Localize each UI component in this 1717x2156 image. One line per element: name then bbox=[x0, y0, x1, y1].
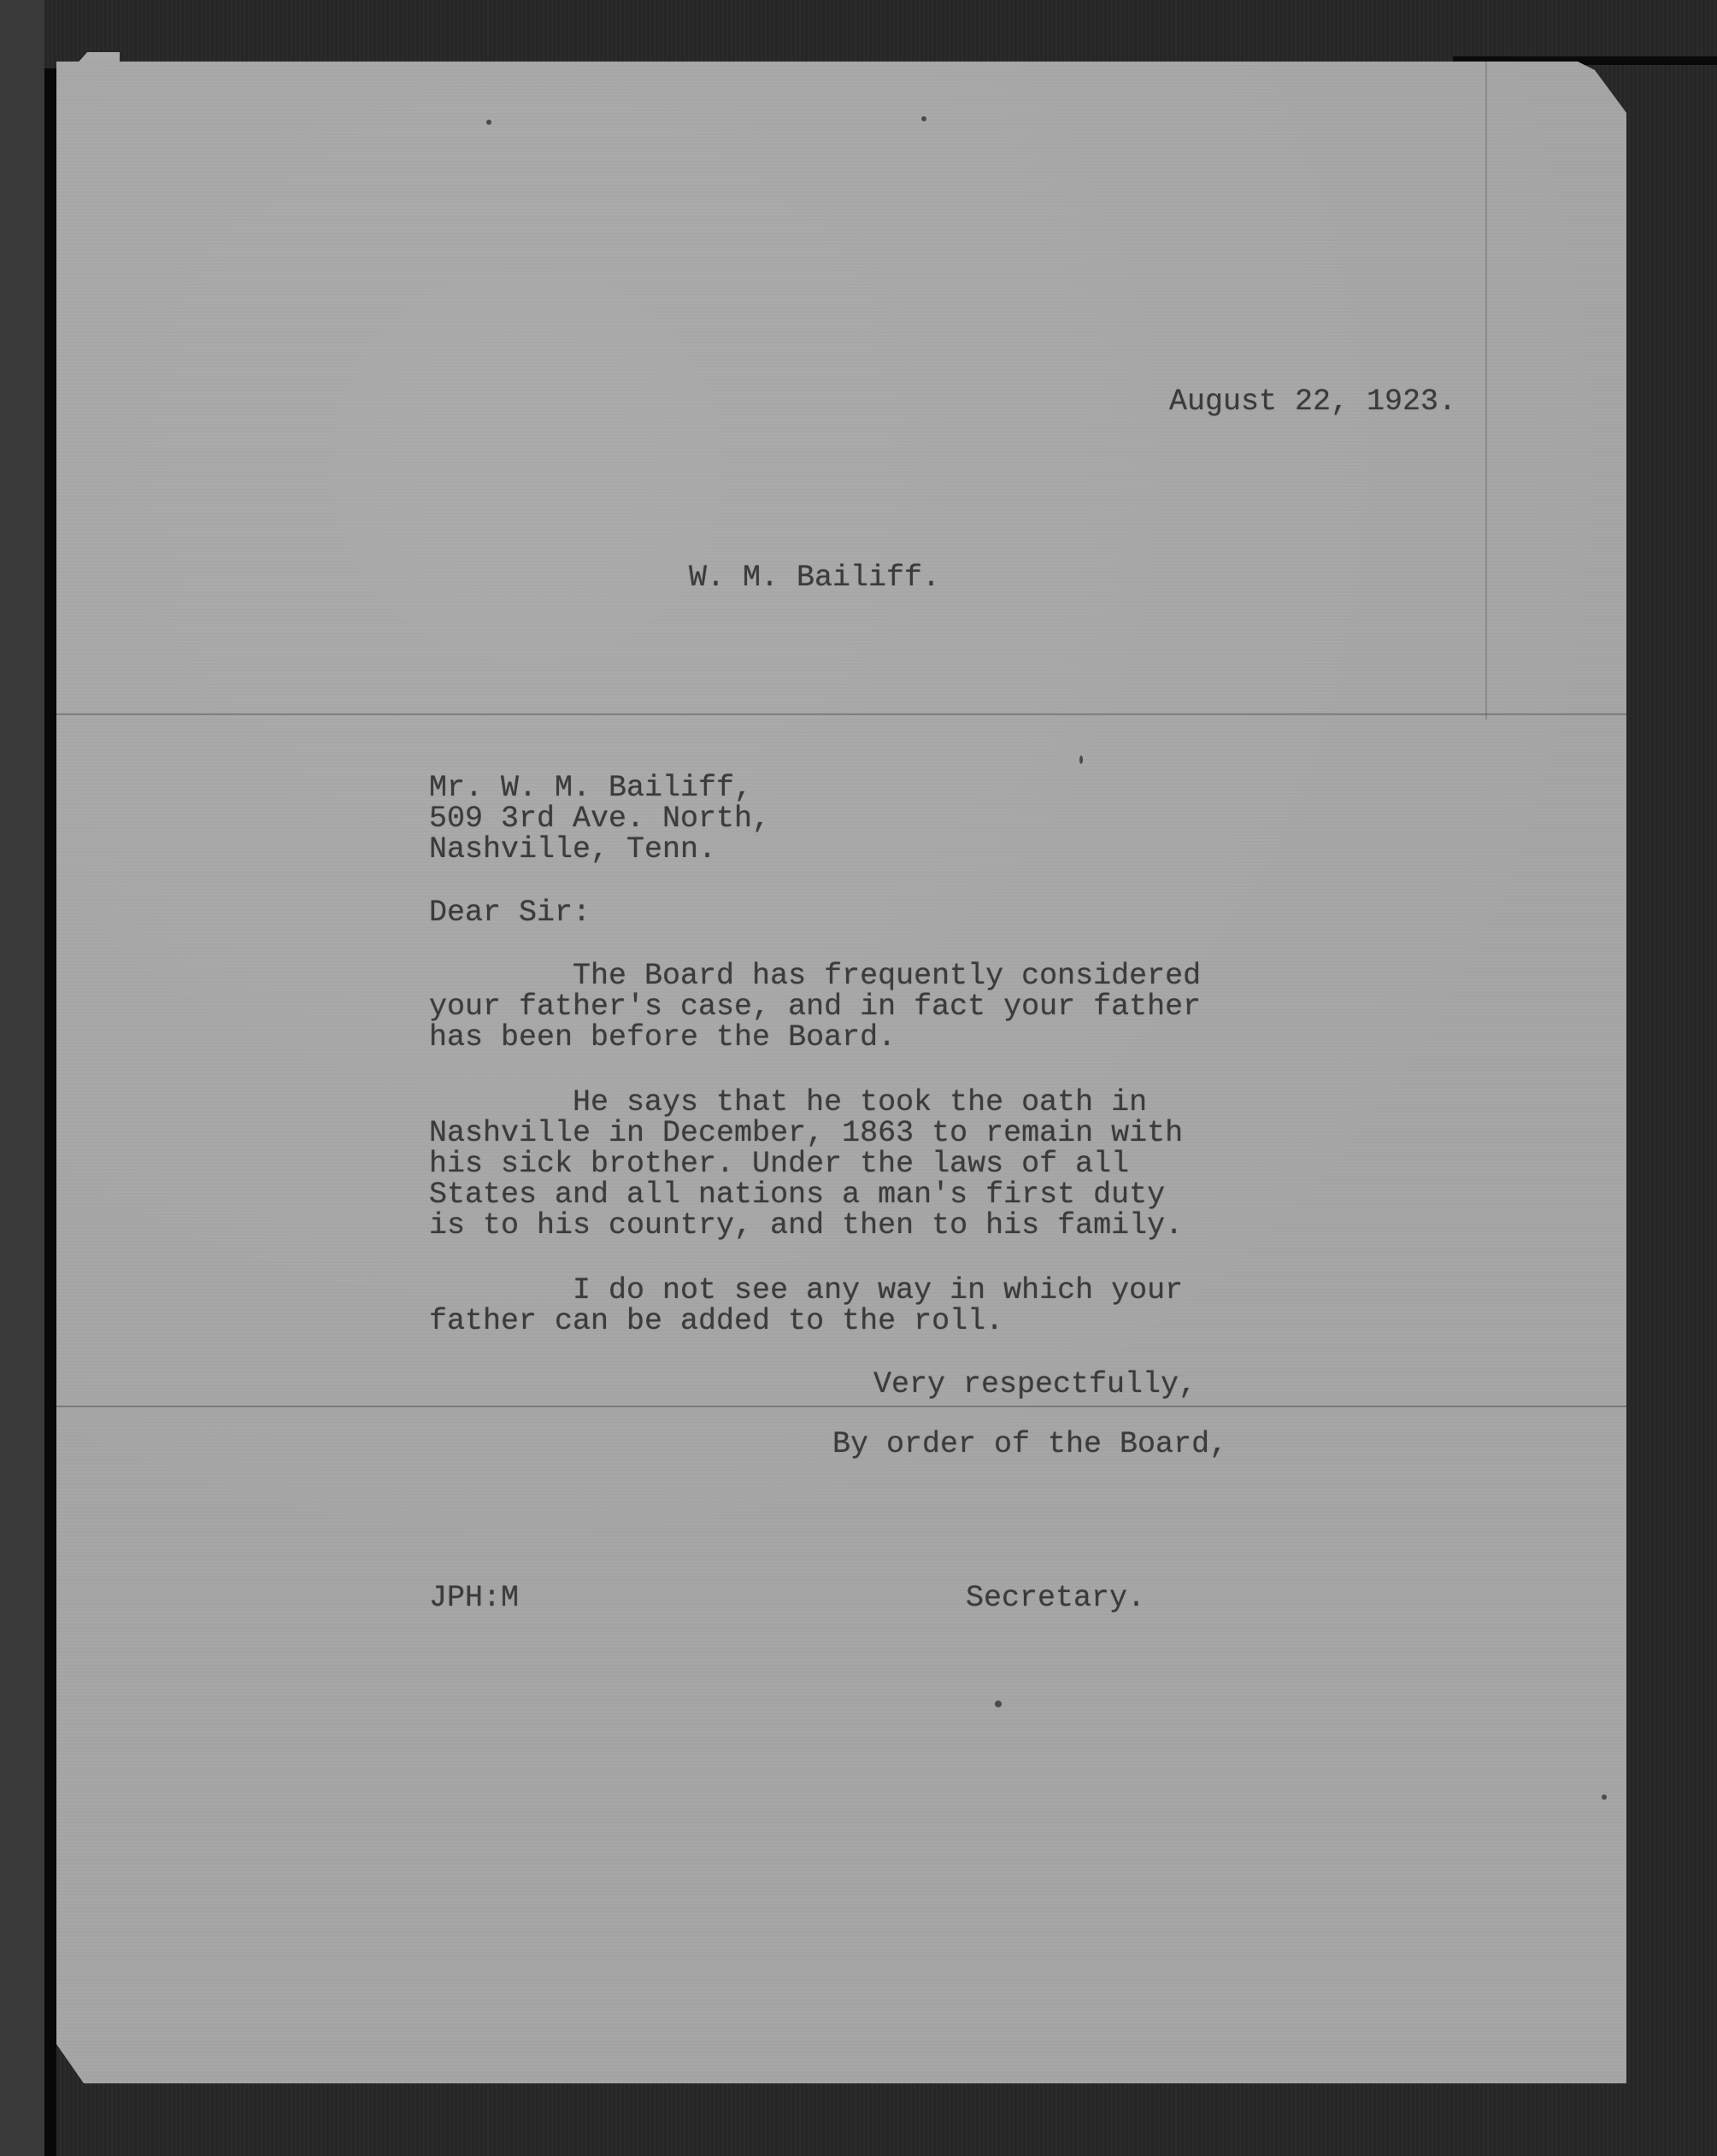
paragraph-line: He says that he took the oath in bbox=[429, 1087, 1147, 1118]
paper-speck bbox=[1602, 1795, 1607, 1800]
paragraph-line: Nashville in December, 1863 to remain wi… bbox=[429, 1118, 1183, 1148]
paragraph-line: father can be added to the roll. bbox=[429, 1306, 1003, 1336]
letter-page: August 22, 1923. W. M. Bailiff. Mr. W. M… bbox=[56, 62, 1626, 2083]
paragraph-line: The Board has frequently considered bbox=[429, 961, 1201, 991]
address-line: Mr. W. M. Bailiff, bbox=[429, 773, 752, 803]
paragraph-line: your father's case, and in fact your fat… bbox=[429, 991, 1201, 1022]
paper-speck bbox=[486, 120, 491, 125]
paragraph-line: has been before the Board. bbox=[429, 1022, 896, 1053]
paper-speck bbox=[1079, 755, 1083, 764]
address-line: Nashville, Tenn. bbox=[429, 834, 716, 865]
paragraph-line: his sick brother. Under the laws of all bbox=[429, 1148, 1129, 1179]
page-left-shadow bbox=[44, 68, 56, 2156]
vertical-crease bbox=[1485, 62, 1487, 720]
fold-line-upper bbox=[56, 714, 1626, 716]
letter-date: August 22, 1923. bbox=[1169, 386, 1456, 417]
paragraph-line: States and all nations a man's first dut… bbox=[429, 1179, 1165, 1210]
paragraph-line: I do not see any way in which your bbox=[429, 1275, 1183, 1306]
scanner-edge-strip bbox=[0, 0, 44, 2156]
reference-heading: W. M. Bailiff. bbox=[689, 562, 940, 593]
closing: Very respectfully, bbox=[873, 1369, 1197, 1400]
typist-initials: JPH:M bbox=[429, 1583, 519, 1613]
paper-speck bbox=[995, 1701, 1002, 1707]
salutation: Dear Sir: bbox=[429, 897, 591, 928]
signatory-title: Secretary. bbox=[966, 1583, 1145, 1613]
fold-line-lower bbox=[56, 1406, 1626, 1408]
signature-line: By order of the Board, bbox=[832, 1429, 1227, 1460]
address-line: 509 3rd Ave. North, bbox=[429, 803, 770, 834]
paper-speck bbox=[921, 116, 926, 121]
paragraph-line: is to his country, and then to his famil… bbox=[429, 1210, 1183, 1241]
